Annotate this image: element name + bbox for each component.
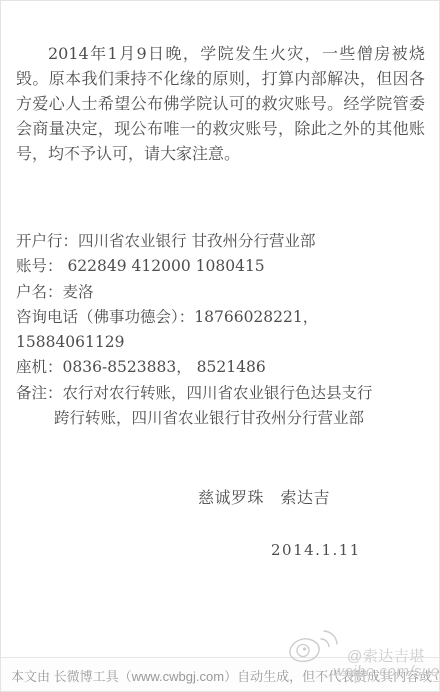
phone-label: 咨询电话（佛事功德会）： <box>16 308 194 326</box>
landline-value: 0836-8523883， 8521486 <box>63 358 266 376</box>
bank-label: 开户行： <box>16 232 78 250</box>
account-row-bank: 开户行：四川省农业银行 甘孜州分行营业部 <box>16 229 429 254</box>
account-row-holder: 户名：麦洛 <box>16 280 429 305</box>
account-row-remark-continued: 跨行转账，四川省农业银行甘孜州分行营业部 <box>16 406 429 431</box>
account-row-number: 账号： 622849 412000 1080415 <box>16 254 429 279</box>
holder-label: 户名： <box>16 283 63 301</box>
account-number-value: 622849 412000 1080415 <box>63 257 265 275</box>
remark-value-line2: 跨行转账，四川省农业银行甘孜州分行营业部 <box>54 409 364 427</box>
account-number-label: 账号： <box>16 257 63 275</box>
notice-document: 2014年1月9日晚，学院发生火灾，一些僧房被烧毁。原本我们秉持不化缘的原则，打… <box>0 0 440 692</box>
holder-value: 麦洛 <box>63 283 94 301</box>
account-info-block: 开户行：四川省农业银行 甘孜州分行营业部 账号： 622849 412000 1… <box>16 229 429 431</box>
footer-generator-note: 本文由 长微博工具（www.cwbgj.com）自动生成，但不代表赞成其内容或立… <box>11 669 439 684</box>
account-row-remark: 备注：农行对农行转账，四川省农业银行色达县支行 <box>16 381 429 406</box>
account-row-phone: 咨询电话（佛事功德会）：18766028221， 15884061129 <box>16 305 429 356</box>
account-row-landline: 座机：0836-8523883， 8521486 <box>16 355 429 380</box>
notice-paragraph: 2014年1月9日晚，学院发生火灾，一些僧房被烧毁。原本我们秉持不化缘的原则，打… <box>16 41 425 166</box>
bank-value: 四川省农业银行 甘孜州分行营业部 <box>78 232 315 250</box>
remark-value: 农行对农行转账，四川省农业银行色达县支行 <box>63 384 373 402</box>
signature-names: 慈诚罗珠 索达吉 <box>198 485 330 508</box>
landline-label: 座机： <box>16 358 63 376</box>
signature-date: 2014.1.11 <box>271 541 361 559</box>
footer-bar: 本文由 长微博工具（www.cwbgj.com）自动生成，但不代表赞成其内容或立… <box>1 657 439 691</box>
remark-label: 备注： <box>16 384 63 402</box>
